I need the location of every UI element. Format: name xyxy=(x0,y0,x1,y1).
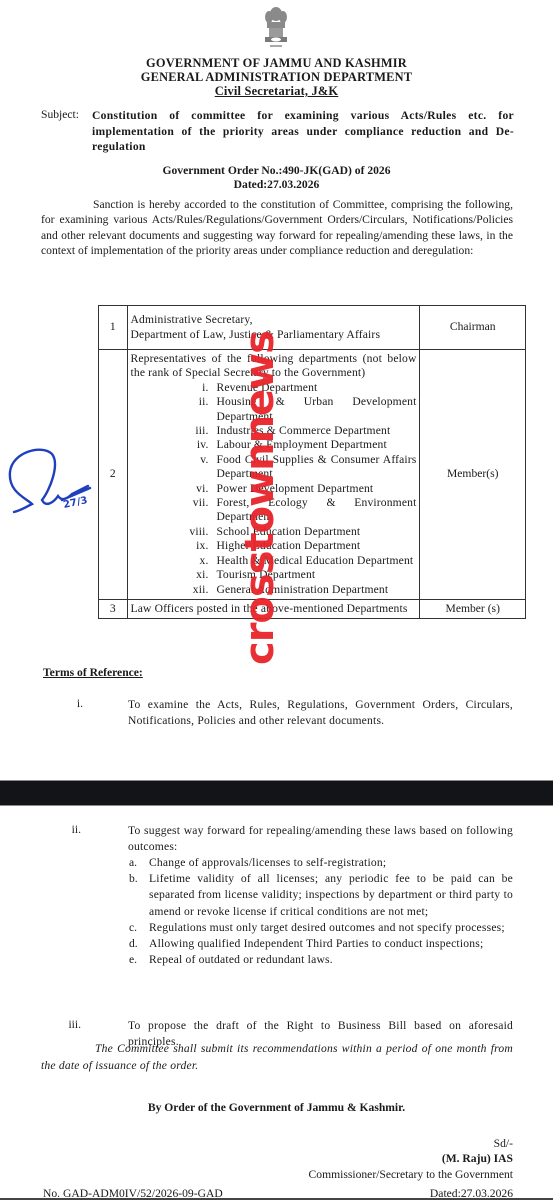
government-title: GOVERNMENT OF JAMMU AND KASHMIR xyxy=(0,56,553,70)
page-break-band xyxy=(0,780,553,806)
outcome-letter: e. xyxy=(129,952,149,968)
terms-of-reference-heading: Terms of Reference: xyxy=(43,666,143,679)
department-number: vi. xyxy=(131,482,217,496)
outcome-item: d.Allowing qualified Independent Third P… xyxy=(129,936,513,952)
department-number: xi. xyxy=(131,568,217,582)
outcome-text: Allowing qualified Independent Third Par… xyxy=(149,936,513,952)
department-number: v. xyxy=(131,453,217,482)
committee-table: 1 Administrative Secretary, Department o… xyxy=(98,305,526,619)
tor-item-text: To examine the Acts, Rules, Regulations,… xyxy=(128,697,513,729)
table-row: 3 Law Officers posted in the above-menti… xyxy=(99,599,526,618)
signatory-designation: Commissioner/Secretary to the Government xyxy=(309,1167,513,1183)
outcome-text: Lifetime validity of all licenses; any p… xyxy=(149,871,513,920)
tor-item-text: To suggest way forward for repealing/ame… xyxy=(128,823,513,855)
outcome-text: Regulations must only target desired out… xyxy=(149,920,513,936)
department-number: viii. xyxy=(131,525,217,539)
outcome-text: Change of approvals/licenses to self-reg… xyxy=(149,855,513,871)
outcome-letter: b. xyxy=(129,871,149,920)
tor-item-1: i. To examine the Acts, Rules, Regulatio… xyxy=(41,697,513,729)
department-number: vii. xyxy=(131,496,217,525)
outcomes-list: a.Change of approvals/licenses to self-r… xyxy=(129,855,513,968)
outcome-item: a.Change of approvals/licenses to self-r… xyxy=(129,855,513,871)
tor-item-number: ii. xyxy=(41,823,81,836)
member-role: Chairman xyxy=(420,306,526,350)
outcome-letter: c. xyxy=(129,920,149,936)
subject-label: Subject: xyxy=(41,108,79,121)
intro-paragraph: Sanction is hereby accorded to the const… xyxy=(41,197,513,258)
department-number: x. xyxy=(131,554,217,568)
outcome-item: c.Regulations must only target desired o… xyxy=(129,920,513,936)
tor-item-2: ii. To suggest way forward for repealing… xyxy=(41,823,513,968)
closing-paragraph: The Committee shall submit its recommend… xyxy=(41,1040,513,1074)
department-number: iii. xyxy=(131,424,217,438)
department-number: ix. xyxy=(131,539,217,553)
watermark: crosstownnews xyxy=(240,331,280,665)
outcome-text: Repeal of outdated or redundant laws. xyxy=(149,952,513,968)
serial-number: 1 xyxy=(99,306,128,350)
by-order-line: By Order of the Government of Jammu & Ka… xyxy=(0,1101,553,1114)
table-row: 1 Administrative Secretary, Department o… xyxy=(99,306,526,350)
outcome-letter: a. xyxy=(129,855,149,871)
department-number: xii. xyxy=(131,583,217,597)
signature-sd: Sd/- xyxy=(494,1136,513,1152)
serial-number: 2 xyxy=(99,350,128,600)
outcome-letter: d. xyxy=(129,936,149,952)
handwritten-signature-icon: 27/3 xyxy=(2,442,92,522)
secretariat-title: Civil Secretariat, J&K xyxy=(0,84,553,98)
signatory-name: (M. Raju) IAS xyxy=(442,1151,513,1167)
order-date: Dated:27.03.2026 xyxy=(0,177,553,192)
outcome-item: e.Repeal of outdated or redundant laws. xyxy=(129,952,513,968)
tor-item-number: i. xyxy=(41,697,83,710)
member-role: Member(s) xyxy=(420,350,526,600)
department-title: GENERAL ADMINISTRATION DEPARTMENT xyxy=(0,70,553,84)
order-number: Government Order No.:490-JK(GAD) of 2026 xyxy=(0,163,553,178)
member-role: Member (s) xyxy=(420,599,526,618)
state-emblem-icon xyxy=(258,4,294,52)
serial-number: 3 xyxy=(99,599,128,618)
member-line-1: Administrative Secretary, xyxy=(131,313,417,327)
outcome-item: b.Lifetime validity of all licenses; any… xyxy=(129,871,513,920)
department-number: i. xyxy=(131,381,217,395)
department-number: ii. xyxy=(131,395,217,424)
department-number: iv. xyxy=(131,438,217,452)
tor-item-number: iii. xyxy=(41,1018,81,1031)
table-row: 2 Representatives of the following depar… xyxy=(99,350,526,600)
subject-text: Constitution of committee for examining … xyxy=(92,108,514,155)
